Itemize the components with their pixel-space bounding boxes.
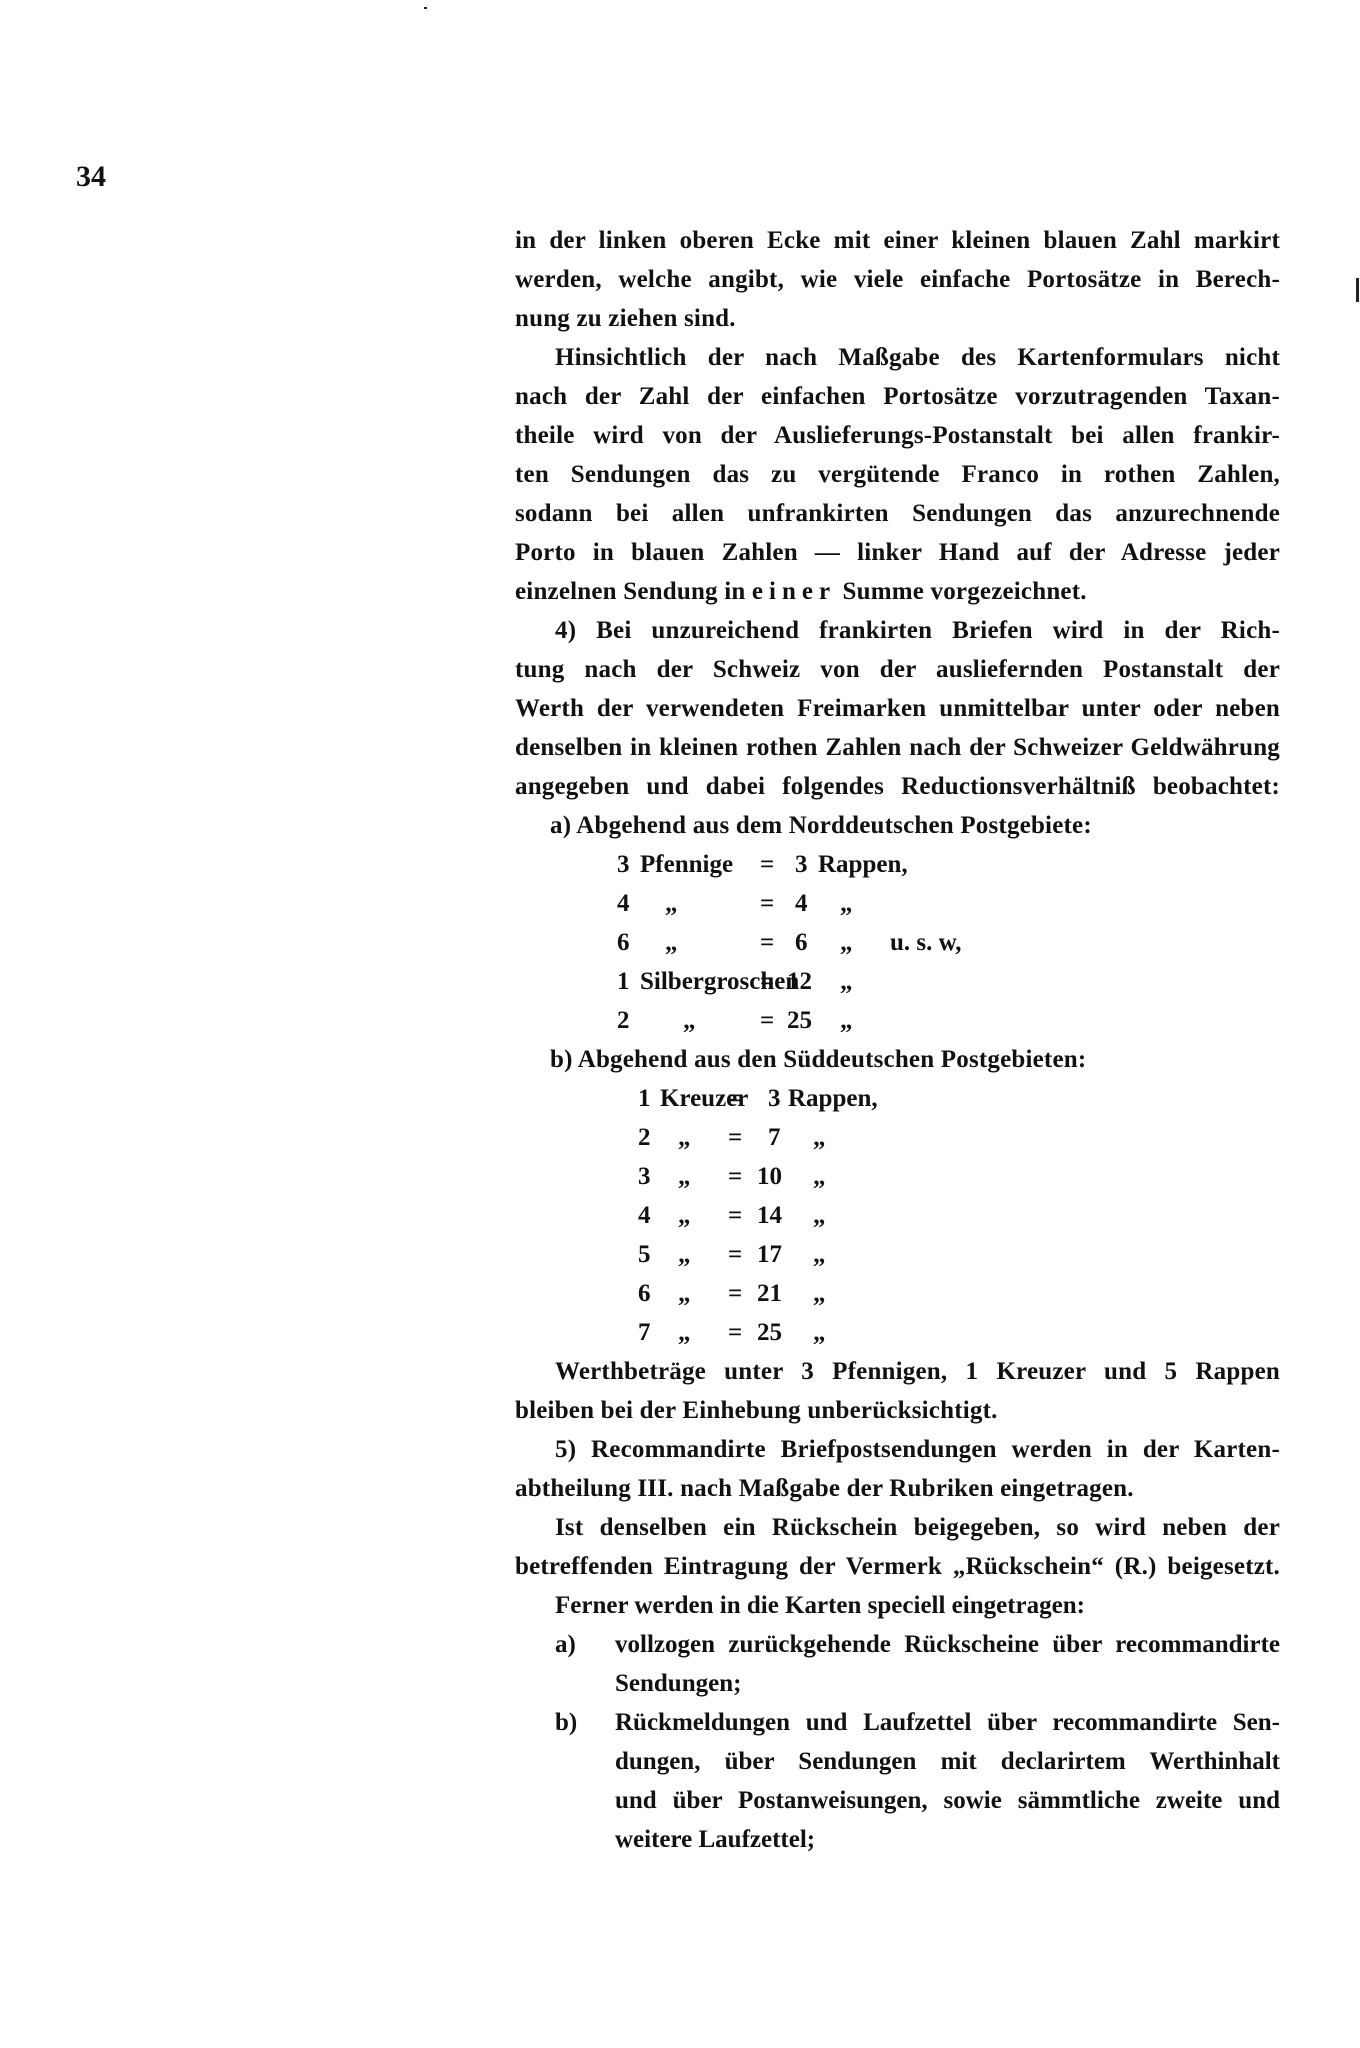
- text-line: Porto in blauen Zahlen — linker Hand auf…: [515, 533, 1280, 572]
- text-line: theile wird von der Auslieferungs-Postan…: [515, 416, 1280, 455]
- scan-speck-top: [424, 7, 427, 9]
- text-line: 4) Bei unzureichend frankirten Briefen w…: [515, 611, 1280, 650]
- text-line: einzelnen Sendung in einer Summe vorgeze…: [515, 572, 1280, 611]
- target-unit: „: [813, 1235, 826, 1274]
- table-row: 3 Pfennige = 3 Rappen,: [0, 845, 1360, 884]
- value: 12: [787, 962, 812, 1001]
- unit: „: [678, 1196, 691, 1235]
- qty: 2: [638, 1118, 651, 1157]
- list-label: b): [515, 1703, 595, 1859]
- equals: =: [728, 1157, 742, 1196]
- text-line: nung zu ziehen sind.: [515, 299, 1280, 338]
- unit: „: [683, 1001, 696, 1040]
- qty: 6: [617, 923, 630, 962]
- target-unit: Rappen,: [788, 1079, 878, 1118]
- value: 21: [757, 1274, 782, 1313]
- equals: =: [728, 1079, 742, 1118]
- text-line: dungen, über Sendungen mit declarirtem W…: [615, 1742, 1280, 1781]
- table-row: 4 „ = 14 „: [0, 1196, 1360, 1235]
- unit: „: [665, 884, 678, 923]
- unit: „: [678, 1313, 691, 1352]
- target-unit: Rappen,: [818, 845, 908, 884]
- page-number: 34: [76, 160, 106, 194]
- section-a-heading: a) Abgehend aus dem Norddeutschen Postge…: [515, 806, 1280, 845]
- table-row: 6 „ = 21 „: [0, 1274, 1360, 1313]
- value: 7: [768, 1118, 781, 1157]
- list-item-a: a) vollzogen zurückgehende Rückscheine ü…: [515, 1625, 1280, 1703]
- scan-margin-mark: [1356, 278, 1359, 302]
- section-b-heading: b) Abgehend aus den Süddeutschen Postgeb…: [515, 1040, 1280, 1079]
- qty: 1: [617, 962, 630, 1001]
- conversion-table-north: 3 Pfennige = 3 Rappen, 4 „ = 4 „ 6 „ = 6…: [0, 845, 1360, 1040]
- qty: 6: [638, 1274, 651, 1313]
- unit: Silbergroschen: [640, 962, 799, 1001]
- paragraph-continuation: in der linken oberen Ecke mit einer klei…: [515, 221, 1280, 338]
- target-unit: „: [840, 884, 853, 923]
- equals: =: [760, 845, 774, 884]
- qty: 4: [617, 884, 630, 923]
- equals: =: [728, 1235, 742, 1274]
- table-row: 6 „ = 6 „ u. s. w,: [0, 923, 1360, 962]
- unit: „: [678, 1118, 691, 1157]
- equals: =: [728, 1274, 742, 1313]
- target-unit: „: [840, 923, 853, 962]
- equals: =: [760, 923, 774, 962]
- value: 6: [795, 923, 808, 962]
- equals: =: [728, 1313, 742, 1352]
- text-line: Sendungen;: [615, 1664, 1280, 1703]
- target-unit: „: [813, 1313, 826, 1352]
- unit: „: [678, 1274, 691, 1313]
- unit: „: [665, 923, 678, 962]
- paragraph-ferner: Ferner werden in die Karten speciell ein…: [515, 1586, 1280, 1859]
- table-row: 2 „ = 7 „: [0, 1118, 1360, 1157]
- value: 17: [757, 1235, 782, 1274]
- conversion-table-south: 1 Kreuzer = 3 Rappen, 2 „ = 7 „ 3 „ = 10…: [0, 1079, 1360, 1352]
- text-line: 5) Recommandirte Briefpostsendungen werd…: [515, 1430, 1280, 1469]
- text-line: Rückmeldungen und Laufzettel über recomm…: [615, 1703, 1280, 1742]
- text-line: abtheilung III. nach Maßgabe der Rubrike…: [515, 1469, 1280, 1508]
- text-line: Ferner werden in die Karten speciell ein…: [515, 1586, 1280, 1625]
- target-unit: „: [840, 1001, 853, 1040]
- paragraph-hinsichtlich: Hinsichtlich der nach Maßgabe des Karten…: [515, 338, 1280, 611]
- qty: 3: [617, 845, 630, 884]
- qty: 2: [617, 1001, 630, 1040]
- table-row: 3 „ = 10 „: [0, 1157, 1360, 1196]
- text-line: und über Postanweisungen, sowie sämmtlic…: [615, 1781, 1280, 1820]
- qty: 7: [638, 1313, 651, 1352]
- text-line: sodann bei allen unfrankirten Sendungen …: [515, 494, 1280, 533]
- table-row: 1 Kreuzer = 3 Rappen,: [0, 1079, 1360, 1118]
- text-line: nach der Zahl der einfachen Portosätze v…: [515, 377, 1280, 416]
- list-item-b: b) Rückmeldungen und Laufzettel über rec…: [515, 1703, 1280, 1859]
- unit: „: [678, 1157, 691, 1196]
- text-line: Werthbeträge unter 3 Pfennigen, 1 Kreuze…: [515, 1352, 1280, 1391]
- value: 25: [757, 1313, 782, 1352]
- text-line: b) Abgehend aus den Süddeutschen Postgeb…: [515, 1040, 1280, 1079]
- text-line: vollzogen zurückgehende Rückscheine über…: [615, 1625, 1280, 1664]
- value: 3: [768, 1079, 781, 1118]
- text-line: werden, welche angibt, wie viele einfach…: [515, 260, 1280, 299]
- text-line: bleiben bei der Einhebung unberücksichti…: [515, 1391, 1280, 1430]
- equals: =: [760, 962, 774, 1001]
- text-line: tung nach der Schweiz von der ausliefern…: [515, 650, 1280, 689]
- unit: Pfennige: [640, 845, 733, 884]
- text-line: a) Abgehend aus dem Norddeutschen Postge…: [515, 806, 1280, 845]
- text-line: Hinsichtlich der nach Maßgabe des Karten…: [515, 338, 1280, 377]
- text-line: weitere Laufzettel;: [615, 1820, 1280, 1859]
- target-unit: „: [813, 1274, 826, 1313]
- value: 4: [795, 884, 808, 923]
- unit: „: [678, 1235, 691, 1274]
- target-unit: „: [813, 1157, 826, 1196]
- value: 25: [787, 1001, 812, 1040]
- equals: =: [728, 1118, 742, 1157]
- equals: =: [728, 1196, 742, 1235]
- table-row: 4 „ = 4 „: [0, 884, 1360, 923]
- value: 14: [757, 1196, 782, 1235]
- table-row: 2 „ = 25 „: [0, 1001, 1360, 1040]
- equals: =: [760, 884, 774, 923]
- text-line: Werth der verwendeten Freimarken unmitte…: [515, 689, 1280, 728]
- value: 10: [757, 1157, 782, 1196]
- emphasis-spaced: einer: [752, 578, 836, 605]
- table-row: 7 „ = 25 „: [0, 1313, 1360, 1352]
- target-unit: „: [813, 1196, 826, 1235]
- qty: 5: [638, 1235, 651, 1274]
- qty: 4: [638, 1196, 651, 1235]
- paragraph-section-5: 5) Recommandirte Briefpostsendungen werd…: [515, 1430, 1280, 1508]
- table-row: 1 Silbergroschen = 12 „: [0, 962, 1360, 1001]
- text-line: in der linken oberen Ecke mit einer klei…: [515, 221, 1280, 260]
- qty: 3: [638, 1157, 651, 1196]
- equals: =: [760, 1001, 774, 1040]
- text-line: denselben in kleinen rothen Zahlen nach …: [515, 728, 1280, 767]
- value: 3: [795, 845, 808, 884]
- paragraph-werthbetraege: Werthbeträge unter 3 Pfennigen, 1 Kreuze…: [515, 1352, 1280, 1430]
- target-unit: „: [840, 962, 853, 1001]
- list-label: a): [515, 1625, 595, 1703]
- text-line: angegeben und dabei folgendes Reductions…: [515, 767, 1280, 806]
- paragraph-rueckschein: Ist denselben ein Rückschein beigegeben,…: [515, 1508, 1280, 1586]
- target-unit: „: [813, 1118, 826, 1157]
- text-line: betreffenden Eintragung der Vermerk „Rüc…: [515, 1547, 1280, 1586]
- text-line: ten Sendungen das zu vergütende Franco i…: [515, 455, 1280, 494]
- table-row: 5 „ = 17 „: [0, 1235, 1360, 1274]
- qty: 1: [638, 1079, 651, 1118]
- paragraph-section-4: 4) Bei unzureichend frankirten Briefen w…: [515, 611, 1280, 806]
- text-line: Ist denselben ein Rückschein beigegeben,…: [515, 1508, 1280, 1547]
- note: u. s. w,: [890, 923, 962, 962]
